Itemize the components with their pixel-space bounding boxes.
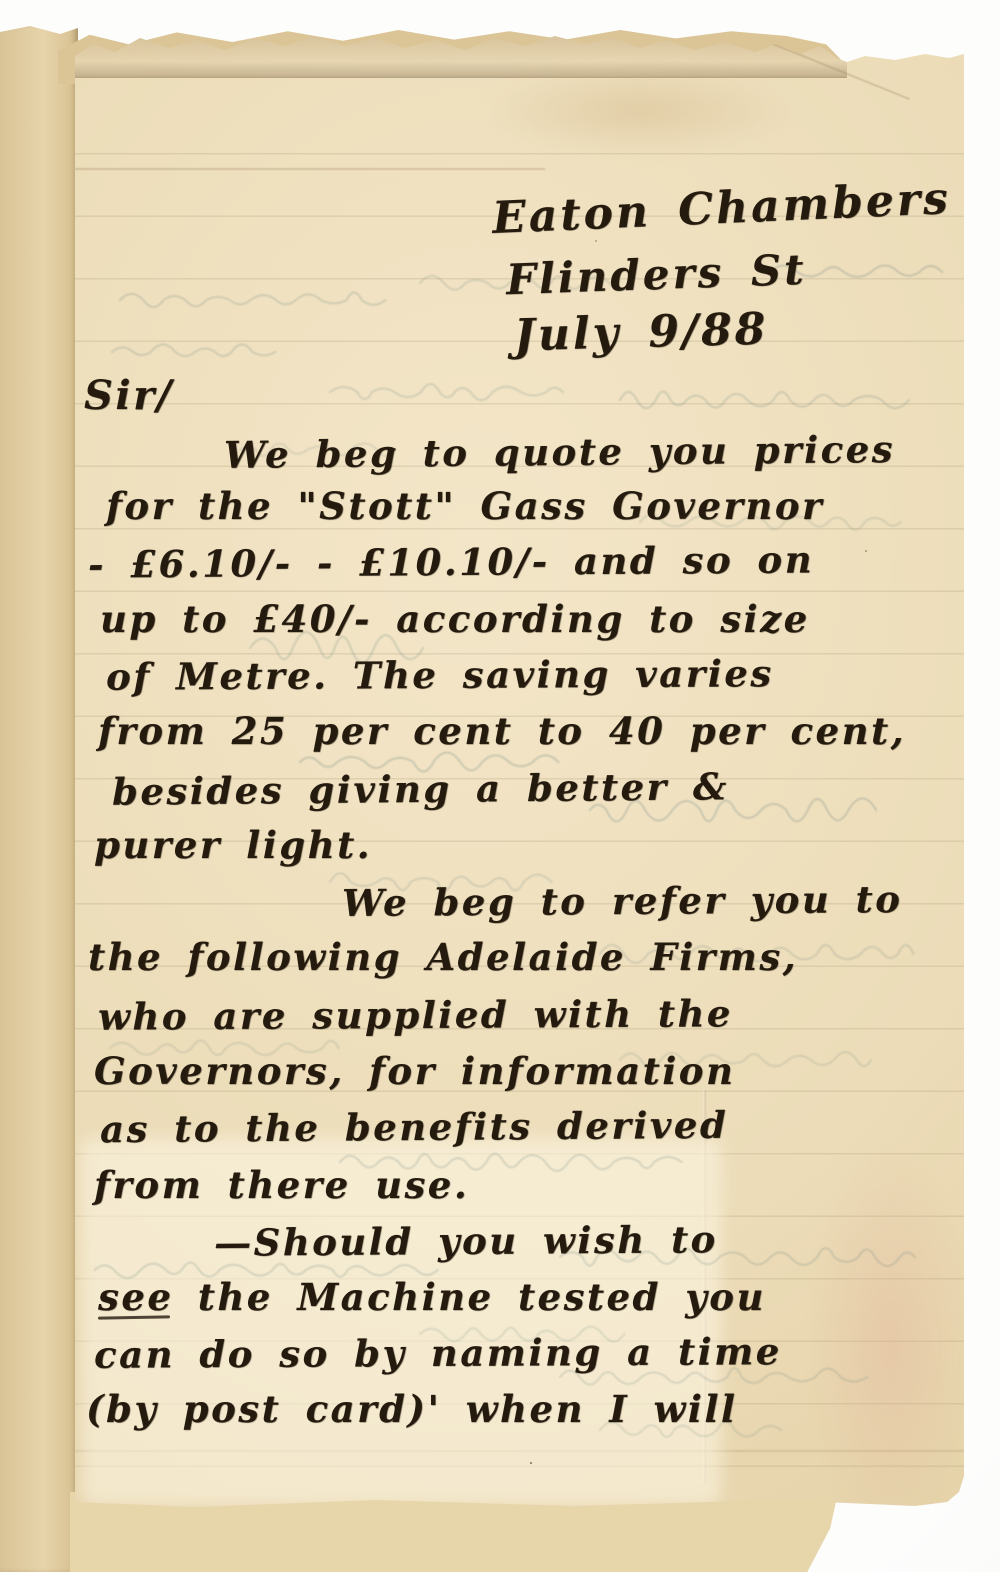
letter-line: see the Machine tested you: [98, 1275, 766, 1319]
letter-line: - £6.10/- - £10.10/- and so on: [88, 537, 814, 586]
letter-line: up to £40/- according to size: [100, 597, 810, 641]
folded-sheet-left-edge: [0, 24, 78, 1572]
letter-date: July 9/88: [513, 304, 769, 362]
letter-line: purer light.: [94, 823, 372, 867]
letter-line: can do so by naming a time: [94, 1329, 782, 1377]
letter-salutation: Sir/: [84, 372, 174, 419]
paper-speck: [595, 240, 597, 242]
stain: [485, 66, 795, 156]
letter-line: from there use.: [94, 1163, 469, 1207]
letter-line: Governors, for information: [94, 1049, 735, 1093]
stain: [810, 1145, 970, 1535]
paper-speck: [865, 550, 867, 552]
letter-line: from 25 per cent to 40 per cent,: [98, 709, 906, 753]
ink-speck: [530, 1462, 532, 1464]
letter-line: the following Adelaide Firms,: [88, 935, 798, 979]
crease-line: [75, 168, 545, 170]
letter-line: besides giving a better &: [112, 764, 729, 813]
letter-line: for the "Stott" Gass Governor: [106, 484, 824, 528]
letter-line: (by post card)' when I will: [86, 1387, 737, 1431]
letter-line: We beg to refer you to: [342, 877, 903, 925]
letter-photo: Eaton Chambers Flinders St July 9/88 Sir…: [0, 0, 1000, 1572]
letter-address-line: Flinders St: [505, 245, 807, 304]
letter-line: as to the benefits derived: [100, 1103, 729, 1151]
letter-line: We beg to quote you prices: [224, 427, 895, 477]
letter-line: —Should you wish to: [214, 1217, 718, 1265]
letter-line: of Metre. The saving varies: [106, 651, 774, 698]
letter-line: who are supplied with the: [98, 991, 733, 1038]
